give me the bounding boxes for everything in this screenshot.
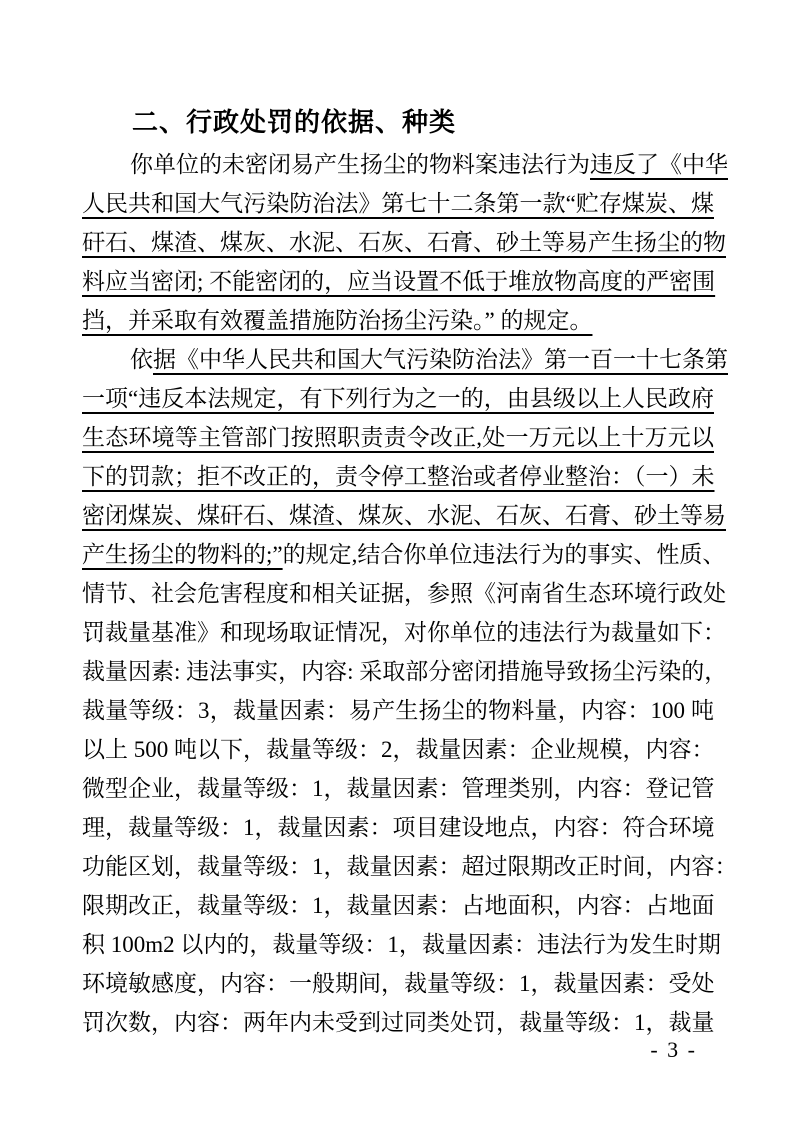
plain-text: 罚裁量基准》和现场取证情况，对你单位的违法行为裁量如下：: [82, 620, 726, 645]
text-block: 二、行政处罚的依据、种类 你单位的未密闭易产生扬尘的物料案违法行为违反了《中华人…: [82, 99, 714, 1042]
document-page: 二、行政处罚的依据、种类 你单位的未密闭易产生扬尘的物料案违法行为违反了《中华人…: [0, 0, 793, 1122]
plain-text: 微型企业，裁量等级：1，裁量因素：管理类别，内容：登记管: [82, 776, 715, 801]
text-line: 积 100m2 以内的，裁量等级：1，裁量因素：违法行为发生时期: [82, 925, 714, 964]
underlined-text: 矸石、煤渣、煤灰、水泥、石灰、石膏、砂土等易产生扬尘的物: [82, 230, 726, 255]
text-line: 料应当密闭; 不能密闭的，应当设置不低于堆放物高度的严密围: [82, 262, 714, 301]
text-line: 裁量等级：3，裁量因素：易产生扬尘的物料量，内容：100 吨: [82, 691, 714, 730]
plain-text: 积 100m2 以内的，裁量等级：1，裁量因素：违法行为发生时期: [82, 932, 721, 957]
underlined-text: 违反了《中华: [590, 152, 728, 177]
text-line: 理，裁量等级：1，裁量因素：项目建设地点，内容：符合环境: [82, 808, 714, 847]
plain-text: 裁量因素: 违法事实，内容: 采取部分密闭措施导致扬尘污染的，: [82, 659, 727, 684]
text-line: 依据《中华人民共和国大气污染防治法》第一百一十七条第: [82, 340, 714, 379]
text-line: 功能区划，裁量等级：1，裁量因素：超过限期改正时间，内容：: [82, 847, 714, 886]
plain-text: 以上 500 吨以下，裁量等级：2，裁量因素：企业规模，内容：: [82, 737, 715, 762]
plain-text: 功能区划，裁量等级：1，裁量因素：超过限期改正时间，内容：: [82, 854, 738, 879]
underlined-text: 人民共和国大气污染防治法》第七十二条第一款“贮存煤炭、煤: [82, 191, 714, 216]
plain-text: 依: [130, 347, 153, 372]
text-line: 下的罚款；拒不改正的，责令停工整治或者停业整治：（一）未: [82, 457, 714, 496]
underlined-text: 料应当密闭; 不能密闭的，应当设置不低于堆放物高度的严密围: [82, 269, 715, 294]
text-line: 矸石、煤渣、煤灰、水泥、石灰、石膏、砂土等易产生扬尘的物: [82, 223, 714, 262]
plain-text: 理，裁量等级：1，裁量因素：项目建设地点，内容：符合环境: [82, 815, 715, 840]
underlined-text: 下的罚款；拒不改正的，责令停工整治或者停业整治：（一）未: [82, 464, 715, 489]
underlined-text: 据《中华人民共和国大气污染防治法》第一百一十七条第: [153, 347, 728, 372]
text-line: 情节、社会危害程度和相关证据，参照《河南省生态环境行政处: [82, 574, 714, 613]
underlined-text: 一项“违反本法规定，有下列行为之一的，由县级以上人民政府: [82, 386, 714, 411]
text-line: 裁量因素: 违法事实，内容: 采取部分密闭措施导致扬尘污染的，: [82, 652, 714, 691]
text-line: 你单位的未密闭易产生扬尘的物料案违法行为违反了《中华: [82, 145, 714, 184]
text-line: 罚次数，内容：两年内未受到过同类处罚，裁量等级：1，裁量: [82, 1003, 714, 1042]
plain-text: 的规定,结合你单位违法行为的事实、性质、: [283, 542, 726, 567]
text-line: 以上 500 吨以下，裁量等级：2，裁量因素：企业规模，内容：: [82, 730, 714, 769]
plain-text: 限期改正，裁量等级：1，裁量因素：占地面积，内容：占地面: [82, 893, 715, 918]
text-line: 一项“违反本法规定，有下列行为之一的，由县级以上人民政府: [82, 379, 714, 418]
text-line: 产生扬尘的物料的;”的规定,结合你单位违法行为的事实、性质、: [82, 535, 714, 574]
text-line: 微型企业，裁量等级：1，裁量因素：管理类别，内容：登记管: [82, 769, 714, 808]
text-line: 挡，并采取有效覆盖措施防治扬尘污染。” 的规定。: [82, 301, 714, 340]
plain-text: 环境敏感度，内容：一般期间，裁量等级：1，裁量因素：受处: [82, 971, 715, 996]
text-line: 密闭煤炭、煤矸石、煤渣、煤灰、水泥、石灰、石膏、砂土等易: [82, 496, 714, 535]
plain-text: 你单位的未密闭易产生扬尘的物料案违法行为: [130, 152, 590, 177]
underlined-text: 产生扬尘的物料的;”: [82, 542, 283, 567]
page-number: - 3 -: [650, 1036, 697, 1064]
plain-text: 罚次数，内容：两年内未受到过同类处罚，裁量等级：1，裁量: [82, 1010, 715, 1035]
underlined-text: 密闭煤炭、煤矸石、煤渣、煤灰、水泥、石灰、石膏、砂土等易: [82, 503, 726, 528]
text-line: 人民共和国大气污染防治法》第七十二条第一款“贮存煤炭、煤: [82, 184, 714, 223]
text-line: 罚裁量基准》和现场取证情况，对你单位的违法行为裁量如下：: [82, 613, 714, 652]
plain-text: 情节、社会危害程度和相关证据，参照《河南省生态环境行政处: [82, 581, 726, 606]
text-line: 限期改正，裁量等级：1，裁量因素：占地面积，内容：占地面: [82, 886, 714, 925]
section-heading: 二、行政处罚的依据、种类: [82, 99, 714, 145]
text-line: 环境敏感度，内容：一般期间，裁量等级：1，裁量因素：受处: [82, 964, 714, 1003]
text-line: 生态环境等主管部门按照职责责令改正,处一万元以上十万元以: [82, 418, 714, 457]
underlined-text: 挡，并采取有效覆盖措施防治扬尘污染。” 的规定。: [82, 308, 592, 333]
underlined-text: 生态环境等主管部门按照职责责令改正,处一万元以上十万元以: [82, 425, 714, 450]
plain-text: 裁量等级：3，裁量因素：易产生扬尘的物料量，内容：100 吨: [82, 698, 714, 723]
document-body: 你单位的未密闭易产生扬尘的物料案违法行为违反了《中华人民共和国大气污染防治法》第…: [82, 145, 714, 1042]
